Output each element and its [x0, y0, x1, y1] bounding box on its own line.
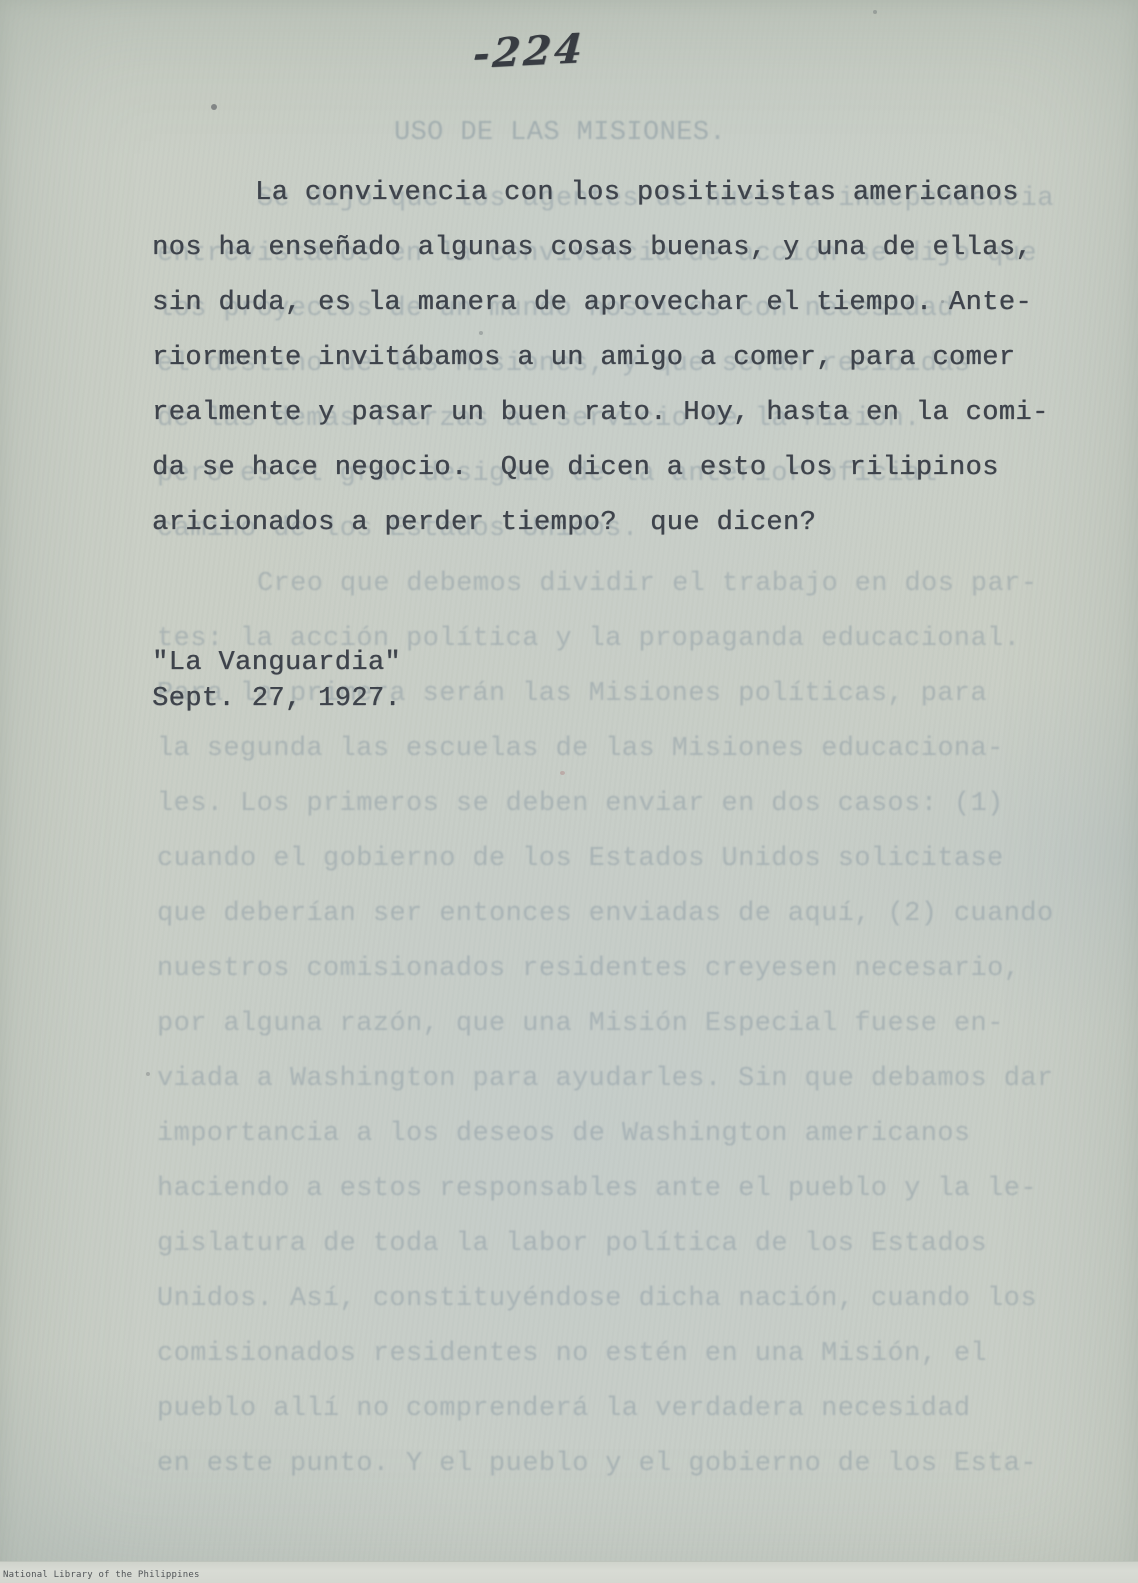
ghost-line: nuestros comisionados residentes creyese…	[157, 942, 1054, 997]
ink-speck	[146, 1072, 150, 1076]
ghost-line: por alguna razón, que una Misión Especia…	[157, 997, 1054, 1052]
ghost-line: gislatura de toda la labor política de l…	[157, 1217, 1054, 1272]
library-stamp-text: National Library of the Philippines	[3, 1570, 200, 1580]
scanner-margin-strip: National Library of the Philippines	[0, 1561, 1138, 1583]
citation-line: "La Vanguardia"	[152, 645, 401, 681]
typed-line: nos ha enseñado algunas cosas buenas, y …	[152, 221, 1049, 276]
ghost-line: la segunda las escuelas de las Misiones …	[157, 722, 1054, 777]
ghost-line: importancia a los deseos de Washington a…	[157, 1107, 1054, 1162]
ghost-line: viada a Washington para ayudarles. Sin q…	[157, 1052, 1054, 1107]
ink-speck	[873, 10, 877, 14]
citation-block: "La Vanguardia"Sept. 27, 1927.	[152, 645, 401, 717]
ghost-line: les. Los primeros se deben enviar en dos…	[157, 777, 1054, 832]
ghost-line: en este punto. Y el pueblo y el gobierno…	[157, 1437, 1054, 1492]
ink-speck	[560, 771, 565, 775]
citation-line: Sept. 27, 1927.	[152, 681, 401, 717]
ghost-line: comisionados residentes no estén en una …	[157, 1327, 1054, 1382]
ghost-bleedthrough-heading: USO DE LAS MISIONES.	[0, 118, 1120, 148]
typed-line: La convivencia con los positivistas amer…	[152, 166, 1049, 221]
typed-line: realmente y pasar un buen rato. Hoy, has…	[152, 386, 1049, 441]
ghost-line: pueblo allí no comprenderá la verdadera …	[157, 1382, 1054, 1437]
typed-line: aricionados a perder tiempo? que dicen?	[152, 496, 1049, 551]
ghost-line: Creo que debemos dividir el trabajo en d…	[157, 557, 1054, 612]
typed-line: riormente invitábamos a un amigo a comer…	[152, 331, 1049, 386]
ghost-line: cuando el gobierno de los Estados Unidos…	[157, 832, 1054, 887]
typed-paragraph: La convivencia con los positivistas amer…	[152, 166, 1049, 551]
typed-line: da se hace negocio. Que dicen a esto los…	[152, 441, 1049, 496]
ink-speck	[941, 300, 944, 303]
ghost-line: haciendo a estos responsables ante el pu…	[157, 1162, 1054, 1217]
ghost-line: Unidos. Así, constituyéndose dicha nació…	[157, 1272, 1054, 1327]
ink-speck	[479, 331, 483, 335]
ghost-line: que deberían ser entonces enviadas de aq…	[157, 887, 1054, 942]
typed-line: sin duda, es la manera de aprovechar el …	[152, 276, 1049, 331]
ink-speck	[211, 104, 217, 110]
handwritten-page-number: -224	[471, 25, 586, 78]
scanned-document-page: USO DE LAS MISIONES. Se dijo que los age…	[0, 0, 1138, 1583]
